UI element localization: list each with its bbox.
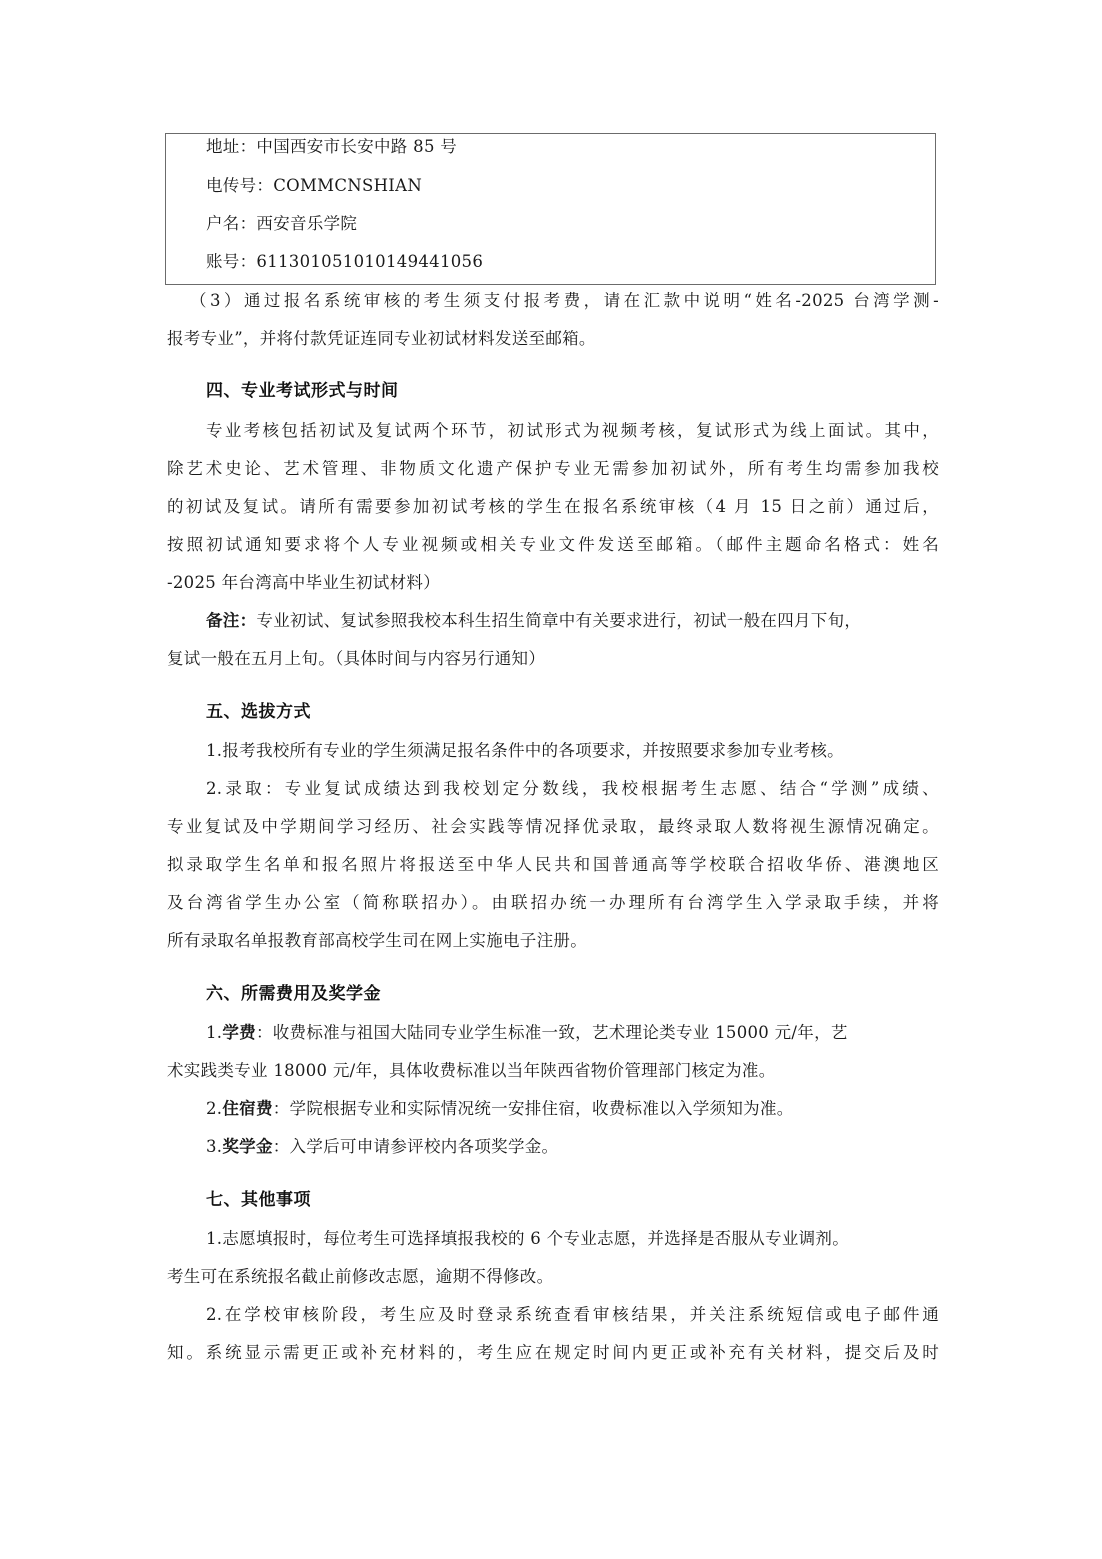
section6-tuition-line1: 1.学费：收费标准与祖国大陆同专业学生标准一致，艺术理论类专业 15000 元/… xyxy=(206,1023,939,1043)
tuition-prefix: 1. xyxy=(206,1023,222,1042)
section7-heading: 七、其他事项 xyxy=(206,1190,311,1210)
scholarship-prefix: 3. xyxy=(206,1137,222,1156)
section7-item2-line1: 2.在学校审核阶段，考生应及时登录系统查看审核结果，并关注系统短信或电子邮件通 xyxy=(206,1305,939,1325)
section4-line1: 专业考核包括初试及复试两个环节，初试形式为视频考核，复试形式为线上面试。其中， xyxy=(206,421,939,441)
section5-item2-line2: 专业复试及中学期间学习经历、社会实践等情况择优录取，最终录取人数将视生源情况确定… xyxy=(167,817,939,837)
bank-account-number: 账号：61130105101014944105​6 xyxy=(206,252,939,272)
section4-line4: 按照初试通知要求将个人专业视频或相关专业文件发送至邮箱。（邮件主题命名格式：姓名 xyxy=(167,535,939,555)
section5-item1: 1.报考我校所有专业的学生须满足报名条件中的各项要求，并按照要求参加专业考核。 xyxy=(206,741,939,761)
section6-housing: 2.住宿费：学院根据专业和实际情况统一安排住宿，收费标准以入学须知为准。 xyxy=(206,1099,939,1119)
note-text: 专业初试、复试参照我校本科生招生简章中有关要求进行，初试一般在四月下旬， xyxy=(256,611,861,630)
section5-item2-line4: 及台湾省学生办公室（简称联招办）。由联招办统一办理所有台湾学生入学录取手续，并将 xyxy=(167,893,939,913)
scholarship-label: 奖学金 xyxy=(222,1137,272,1156)
bank-swift: 电传号：COMMCNSHIAN xyxy=(206,176,939,196)
bank-address: 地址：中国西安市长安中路 85 号 xyxy=(206,137,939,157)
note-label: 备注： xyxy=(206,611,256,630)
section4-line3: 的初试及复试。请所有需要参加初试考核的学生在报名系统审核（4 月 15 日之前）… xyxy=(167,497,939,517)
section5-item2-line5: 所有录取名单报教育部高校学生司在网上实施电子注册。 xyxy=(167,931,939,951)
tuition-label: 学费 xyxy=(222,1023,256,1042)
section6-scholarship: 3.奖学金：入学后可申请参评校内各项奖学金。 xyxy=(206,1137,939,1157)
housing-text: ：学院根据专业和实际情况统一安排住宿，收费标准以入学须知为准。 xyxy=(273,1099,794,1118)
document-page: 地址：中国西安市长安中路 85 号 电传号：COMMCNSHIAN 户名：西安音… xyxy=(0,0,1102,1559)
section5-item2-line3: 拟录取学生名单和报名照片将报送至中华人民共和国普通高等学校联合招收华侨、港澳地区 xyxy=(167,855,939,875)
section4-heading: 四、专业考试形式与时间 xyxy=(206,381,399,401)
section7-item1-line2: 考生可在系统报名截止前修改志愿，逾期不得修改。 xyxy=(167,1267,939,1287)
section4-line5: -2025 年台湾高中毕业生初试材料） xyxy=(167,573,939,593)
section4-note-line1: 备注：专业初试、复试参照我校本科生招生简章中有关要求进行，初试一般在四月下旬， xyxy=(206,611,939,631)
section7-item2-line2: 知。系统显示需更正或补充材料的，考生应在规定时间内更正或补充有关材料，提交后及时 xyxy=(167,1343,939,1363)
housing-prefix: 2. xyxy=(206,1099,222,1118)
section6-tuition-line2: 术实践类专业 18000 元/年，具体收费标准以当年陕西省物价管理部门核定为准。 xyxy=(167,1061,939,1081)
bank-account-name: 户名：西安音乐学院 xyxy=(206,214,939,234)
payment-note-line2: 报考专业”，并将付款凭证连同专业初试材料发送至邮箱。 xyxy=(167,329,939,349)
section5-heading: 五、选拔方式 xyxy=(206,702,311,722)
section4-note-line2: 复试一般在五月上旬。（具体时间与内容另行通知） xyxy=(167,649,939,669)
section4-line2: 除艺术史论、艺术管理、非物质文化遗产保护专业无需参加初试外，所有考生均需参加我校 xyxy=(167,459,939,479)
section5-item2-line1: 2.录取：专业复试成绩达到我校划定分数线，我校根据考生志愿、结合“学测”成绩、 xyxy=(206,779,939,799)
payment-note-line1: （3）通过报名系统审核的考生须支付报考费，请在汇款中说明“姓名-2025 台湾学… xyxy=(190,291,939,311)
scholarship-text: ：入学后可申请参评校内各项奖学金。 xyxy=(273,1137,559,1156)
section7-item1-line1: 1.志愿填报时，每位考生可选择填报我校的 6 个专业志愿，并选择是否服从专业调剂… xyxy=(206,1229,939,1249)
tuition-text: ：收费标准与祖国大陆同专业学生标准一致，艺术理论类专业 15000 元/年，艺 xyxy=(256,1023,848,1042)
housing-label: 住宿费 xyxy=(222,1099,272,1118)
section6-heading: 六、所需费用及奖学金 xyxy=(206,984,381,1004)
